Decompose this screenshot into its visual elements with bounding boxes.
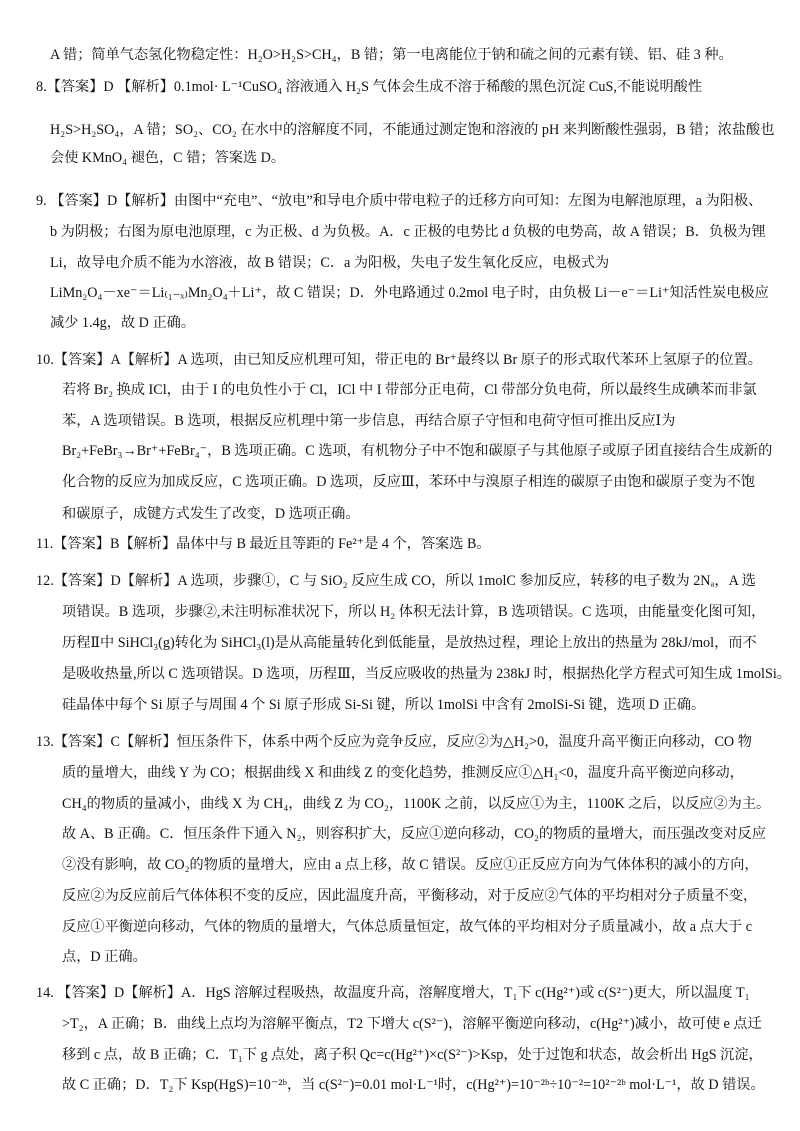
q12-answer-line-2: 项错误。B 选项，步骤②,未注明标准状况下，所以 H₂ 体积无法计算，B 选项错…: [62, 603, 765, 621]
q10-answer-line-3: 苯，A 选项错误。B 选项，根据反应机理中第一步信息，再结合原子守恒和电荷守恒可…: [62, 412, 675, 430]
q10-answer-line-2: 若将 Br₂ 换成 ICl，由于 I 的电负性小于 Cl，ICl 中 I 带部分…: [62, 381, 757, 399]
q9-answer-line-3: Li，故导电介质不能为水溶液，故 B 错误；C．a 为阳极，失电子发生氧化反应，…: [50, 254, 609, 272]
q14-answer-line-4: 故 C 正确；D．T₂下 Ksp(HgS)=10⁻²ᵇ，当 c(S²⁻)=0.0…: [62, 1076, 765, 1094]
q8-answer-line-3: 会使 KMnO₄ 褪色，C 错；答案选 D。: [50, 149, 285, 167]
q12-answer-line-3: 历程Ⅱ中 SiHCl₃(g)转化为 SiHCl₃(l)是从高能量转化到低能量，是…: [62, 634, 757, 652]
q7-continuation-line: A 错；简单气态氢化物稳定性：H₂O>H₂S>CH₄，B 错；第一电离能位于钠和…: [50, 46, 733, 64]
q13-answer-line-1: 13.【答案】C【解析】恒压条件下，体系中两个反应为竞争反应，反应②为△H₂>0…: [36, 733, 752, 751]
q13-answer-line-4: 故 A、B 正确。C．恒压条件下通入 N₂，则容积扩大，反应①逆向移动，CO₂的…: [62, 825, 766, 843]
q8-answer-line-1: 8.【答案】D 【解析】0.1mol· L⁻¹CuSO₄ 溶液通入 H₂S 气体…: [36, 78, 702, 96]
q12-answer-line-5: 硅晶体中每个 Si 原子与周围 4 个 Si 原子形成 Si-Si 键，所以 1…: [62, 696, 705, 714]
q9-answer-line-5: 减少 1.4g，故 D 正确。: [50, 314, 195, 332]
q14-answer-line-2: >T₂，A 正确；B．曲线上点均为溶解平衡点，T2 下增大 c(S²⁻)，溶解平…: [62, 1015, 762, 1033]
q12-answer-line-4: 是吸收热量,所以 C 选项错误。D 选项，历程Ⅲ，当反应吸收的热量为 238kJ…: [62, 665, 791, 683]
q9-answer-line-1: 9. 【答案】D【解析】由图中“充电”、“放电”和导电介质中带电粒子的迁移方向可…: [36, 192, 762, 210]
q13-answer-line-2: 质的量增大，曲线 Y 为 CO；根据曲线 X 和曲线 Z 的变化趋势，推测反应①…: [62, 764, 744, 782]
q10-answer-line-5: 化合物的反应为加成反应，C 选项正确。D 选项，反应Ⅲ，苯环中与溴原子相连的碳原…: [62, 473, 755, 491]
q10-answer-line-6: 和碳原子，成键方式发生了改变，D 选项正确。: [62, 505, 360, 523]
q9-answer-line-2: b 为阴极；右图为原电池原理，c 为正极、d 为负极。A．c 正极的电势比 d …: [50, 223, 766, 241]
q13-answer-line-7: 反应①平衡逆向移动，气体的物质的量增大，气体总质量恒定，故气体的平均相对分子质量…: [62, 918, 752, 936]
q14-answer-line-1: 14. 【答案】D【解析】A．HgS 溶解过程吸热，故温度升高，溶解度增大，T₁…: [36, 984, 750, 1002]
q14-answer-line-3: 移到 c 点，故 B 正确；C．T₁下 g 点处，离子积 Qc=c(Hg²⁺)×…: [62, 1046, 763, 1064]
q10-answer-line-1: 10.【答案】A【解析】A 选项，由已知反应机理可知，带正电的 Br⁺最终以 B…: [36, 351, 762, 369]
q13-answer-line-5: ②没有影响，故 CO₂的物质的量增大，应由 a 点上移，故 C 错误。反应①正反…: [62, 856, 759, 874]
q13-answer-line-6: 反应②为反应前后气体体积不变的反应，因此温度升高，平衡移动，对于反应②气体的平均…: [62, 887, 757, 905]
q9-answer-line-4: LiMn₂O₄－xe⁻＝Li₍₁₋ₓ₎Mn₂O₄＋Li⁺，故 C 错误；D．外电…: [50, 284, 769, 302]
q13-answer-line-3: CH₄的物质的量减小，曲线 X 为 CH₄，曲线 Z 为 CO₂，1100K 之…: [62, 795, 770, 813]
q10-answer-line-4: Br₂+FeBr₃→Br⁺+FeBr₄⁻，B 选项正确。C 选项，有机物分子中不…: [62, 442, 772, 460]
q11-answer-line-1: 11.【答案】B【解析】晶体中与 B 最近且等距的 Fe²⁺是 4 个，答案选 …: [36, 535, 491, 553]
q8-answer-line-2: H₂S>H₂SO₄，A 错；SO₂、CO₂ 在水中的溶解度不同，不能通过测定饱和…: [50, 121, 774, 139]
q12-answer-line-1: 12.【答案】D【解析】A 选项，步骤①，C 与 SiO₂ 反应生成 CO，所以…: [36, 572, 756, 590]
q13-answer-line-8: 点，D 正确。: [62, 948, 147, 966]
